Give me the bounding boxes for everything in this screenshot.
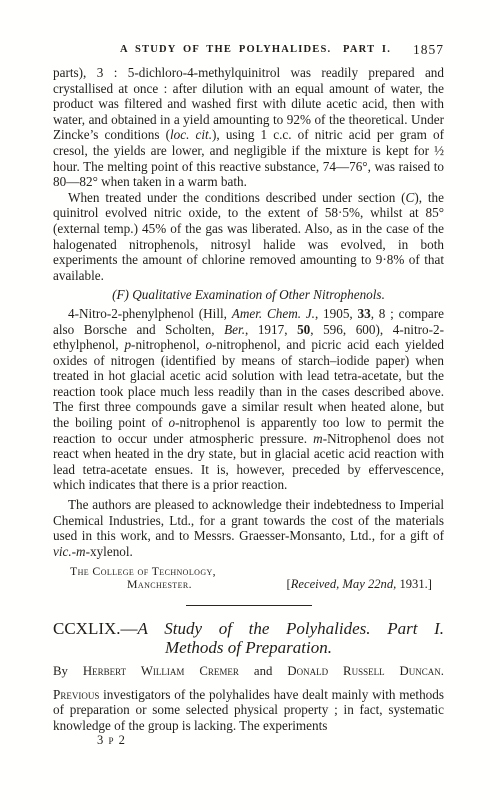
- affiliation-block: The College of Technology, Manchester. […: [53, 565, 444, 590]
- opening-paragraph: Previous investigators of the polyhalide…: [53, 687, 444, 734]
- paragraph-quinitrol-continuation: parts), 3 : 5-dichloro-4-methylquinitrol…: [53, 65, 444, 190]
- article-title-line-2: Methods of Preparation.: [53, 638, 444, 658]
- byline: By Herbert William Cremer and Donald Rus…: [53, 664, 444, 678]
- section-f-heading: (F) Qualitative Examination of Other Nit…: [53, 287, 444, 303]
- article-title: CCXLIX.—A Study of the Polyhalides. Part…: [53, 619, 444, 658]
- article-title-text: A Study of the Polyhalides. Part I.: [138, 619, 444, 638]
- signature-mark: 3 p 2: [53, 733, 444, 748]
- journal-page: A STUDY OF THE POLYHALIDES. PART I. 1857…: [0, 0, 500, 810]
- running-head-title: A STUDY OF THE POLYHALIDES. PART I.: [53, 44, 444, 55]
- paragraph-acknowledgment: The authors are pleased to acknowledge t…: [53, 497, 444, 559]
- paragraph-nitrophenols: 4-Nitro-2-phenylphenol (Hill, Amer. Chem…: [53, 306, 444, 493]
- text-column: parts), 3 : 5-dichloro-4-methylquinitrol…: [53, 65, 444, 748]
- article-number: CCXLIX.—: [53, 619, 138, 638]
- running-head: A STUDY OF THE POLYHALIDES. PART I. 1857: [53, 44, 444, 58]
- received-date: [Received, May 22nd, 1931.]: [287, 578, 433, 591]
- article-title-line-1: CCXLIX.—A Study of the Polyhalides. Part…: [53, 619, 444, 639]
- page-number: 1857: [413, 42, 444, 58]
- paragraph-when-treated: When treated under the conditions descri…: [53, 190, 444, 284]
- article-divider-rule: [186, 605, 312, 606]
